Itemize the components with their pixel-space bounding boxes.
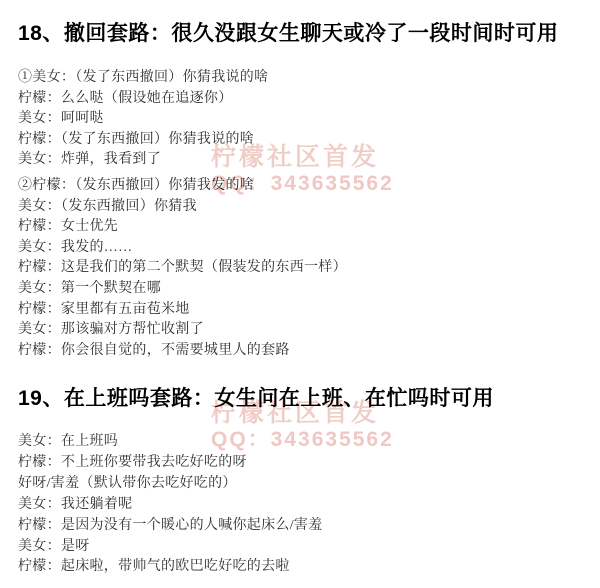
dialog-line: 柠檬：不上班你要带我去吃好吃的呀	[18, 453, 323, 474]
dialog-line: 柠檬：起床啦，带帅气的欧巴吃好吃的去啦	[18, 557, 323, 578]
dialog-line: ②柠檬：（发东西撤回）你猜我发的啥	[18, 176, 347, 197]
dialog-line: 美女：第一个默契在哪	[18, 279, 347, 300]
dialog-line: 美女：在上班吗	[18, 432, 323, 453]
dialog-line: 美女：呵呵哒	[18, 109, 347, 130]
dialog-line: 美女：我发的……	[18, 238, 347, 259]
dialog-line: 美女：我还躺着呢	[18, 495, 323, 516]
dialog-line: 柠檬：家里都有五亩苞米地	[18, 300, 347, 321]
dialog-line: 美女：是呀	[18, 537, 323, 558]
dialog-line: 柠檬：（发了东西撤回）你猜我说的啥	[18, 130, 347, 151]
dialog-line: 美女：（发东西撤回）你猜我	[18, 197, 347, 218]
dialog-line: 柠檬：你会很自觉的，不需要城里人的套路	[18, 341, 347, 362]
section-19-heading: 19、在上班吗套路：女生问在上班、在忙吗时可用	[18, 382, 494, 412]
document-page: 18、撤回套路：很久没跟女生聊天或冷了一段时间时可用 柠檬社区首发 QQ：343…	[0, 0, 600, 588]
dialog-line: ①美女：（发了东西撤回）你猜我说的啥	[18, 68, 347, 89]
section-18-dialog: ①美女：（发了东西撤回）你猜我说的啥 柠檬：么么哒（假设她在追逐你） 美女：呵呵…	[18, 68, 347, 361]
dialog-line: 美女：那该骗对方帮忙收割了	[18, 320, 347, 341]
dialog-line: 柠檬：么么哒（假设她在追逐你）	[18, 89, 347, 110]
dialog-line: 美女：炸弹，我看到了	[18, 150, 347, 171]
dialog-line: 柠檬：这是我们的第二个默契（假装发的东西一样）	[18, 258, 347, 279]
dialog-line: 柠檬：是因为没有一个暖心的人喊你起床么/害羞	[18, 516, 323, 537]
dialog-line: 柠檬：女士优先	[18, 217, 347, 238]
section-19-dialog: 美女：在上班吗 柠檬：不上班你要带我去吃好吃的呀 好呀/害羞（默认带你去吃好吃的…	[18, 432, 323, 578]
dialog-line: 好呀/害羞（默认带你去吃好吃的）	[18, 474, 323, 495]
section-18-heading: 18、撤回套路：很久没跟女生聊天或冷了一段时间时可用	[18, 17, 558, 47]
